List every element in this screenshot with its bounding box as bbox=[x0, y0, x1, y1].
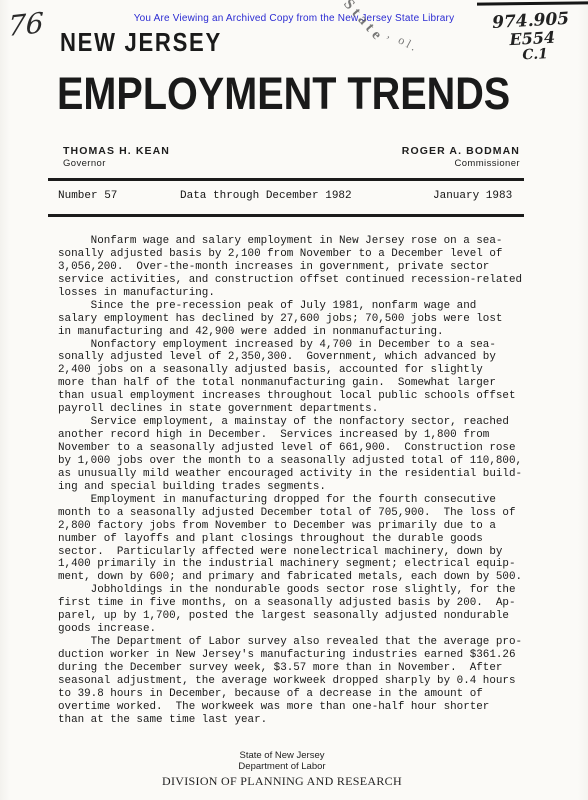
handwritten-folio-number: 76 bbox=[8, 6, 45, 43]
issue-number: Number 57 bbox=[58, 190, 117, 202]
handwritten-call-number: 974.905 E554 C.1 bbox=[489, 11, 571, 64]
commissioner-name: ROGER A. BODMAN bbox=[402, 146, 520, 158]
issue-data-coverage: Data through December 1982 bbox=[180, 190, 352, 202]
governor-title: Governor bbox=[63, 159, 170, 169]
governor-block: THOMAS H. KEAN Governor bbox=[63, 146, 170, 169]
call-number-line: C.1 bbox=[491, 46, 572, 64]
footer-line-department: Department of Labor bbox=[57, 761, 507, 772]
footer-line-division: DIVISION OF PLANNING AND RESEARCH bbox=[57, 774, 507, 789]
governor-name: THOMAS H. KEAN bbox=[63, 146, 170, 158]
commissioner-title: Commissioner bbox=[402, 159, 520, 169]
masthead-publication-title: EMPLOYMENT TRENDS bbox=[57, 68, 510, 120]
footer-line-state: State of New Jersey bbox=[57, 750, 507, 761]
masthead-state-name: NEW JERSEY bbox=[60, 27, 222, 58]
newsletter-body-text: Nonfarm wage and salary employment in Ne… bbox=[58, 235, 522, 727]
scan-edge-line bbox=[477, 1, 588, 5]
scanned-document-page: You Are Viewing an Archived Copy from th… bbox=[0, 0, 588, 800]
library-stamp-fragment: , ol. bbox=[385, 27, 421, 56]
footer-block: State of New Jersey Department of Labor … bbox=[57, 750, 507, 789]
horizontal-rule bbox=[48, 178, 524, 181]
issue-date: January 1983 bbox=[433, 190, 512, 202]
horizontal-rule bbox=[48, 214, 524, 217]
commissioner-block: ROGER A. BODMAN Commissioner bbox=[402, 146, 520, 169]
